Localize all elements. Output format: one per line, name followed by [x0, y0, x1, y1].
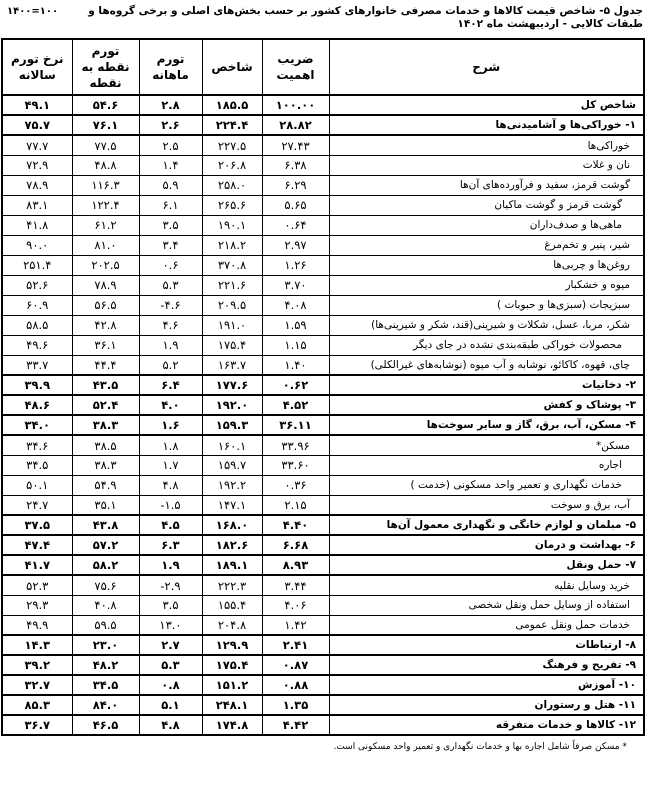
annual-inflation-cell: ۳۴.۶ — [2, 435, 72, 455]
annual-inflation-cell: ۷۷.۷ — [2, 135, 72, 155]
row-label-cell: محصولات خوراکی طبقه‌بندی نشده در جای دیگ… — [329, 335, 644, 355]
header-row: شرح ضریب اهمیت شاخص تورم ماهانه تورم نقط… — [2, 39, 644, 95]
monthly-inflation-cell: ۵.۳ — [139, 275, 202, 295]
annual-inflation-cell: ۱۴.۳ — [2, 635, 72, 655]
annual-inflation-cell: ۴۱.۸ — [2, 215, 72, 235]
monthly-inflation-cell: ۵.۲ — [139, 355, 202, 375]
importance-weight-cell: ۱.۴۰ — [262, 355, 329, 375]
table-row: ۵- مبلمان و لوازم خانگی و نگهداری معمول … — [2, 515, 644, 535]
importance-weight-cell: ۶.۶۸ — [262, 535, 329, 555]
annual-inflation-cell: ۵۲.۶ — [2, 275, 72, 295]
importance-weight-cell: ۰.۳۶ — [262, 475, 329, 495]
annual-inflation-cell: ۹۰.۰ — [2, 235, 72, 255]
row-label-cell: چای، قهوه، کاکائو، نوشابه و آب میوه (نوش… — [329, 355, 644, 375]
table-row: گوشت قرمز، سفید و فرآورده‌های آن‌ها ۶.۲۹… — [2, 175, 644, 195]
point-to-point-cell: ۵۴.۶ — [72, 95, 139, 115]
title-bar: جدول ۵- شاخص قیمت کالاها و خدمات مصرفی خ… — [5, 5, 643, 31]
index-value-cell: ۲۰۶.۸ — [202, 155, 262, 175]
base-index-note: ۱۴۰۰=۱۰۰ — [5, 5, 58, 17]
table-header: شرح ضریب اهمیت شاخص تورم ماهانه تورم نقط… — [2, 39, 644, 95]
index-value-cell: ۲۲۷.۵ — [202, 135, 262, 155]
table-row: نان و غلات ۶.۳۸ ۲۰۶.۸ ۱.۴ ۴۸.۸ ۷۲.۹ — [2, 155, 644, 175]
row-label-cell: ماهی‌ها و صدف‌داران — [329, 215, 644, 235]
header-description: شرح — [329, 39, 644, 95]
index-value-cell: ۲۲۲.۳ — [202, 575, 262, 595]
table-row: ۱۲- کالاها و خدمات متفرقه ۴.۴۲ ۱۷۴.۸ ۴.۸… — [2, 715, 644, 735]
table-row: ۲- دخانیات ۰.۶۲ ۱۷۷.۶ ۶.۴ ۴۳.۵ ۳۹.۹ — [2, 375, 644, 395]
row-label-cell: شیر، پنیر و تخم‌مرغ — [329, 235, 644, 255]
index-value-cell: ۱۵۱.۲ — [202, 675, 262, 695]
table-row: آب، برق و سوخت ۲.۱۵ ۱۴۷.۱ -۱.۵ ۳۵.۱ ۲۴.۷ — [2, 495, 644, 515]
point-to-point-cell: ۴۸.۲ — [72, 655, 139, 675]
table-row: سبزیجات (سبزی‌ها و حبوبات ) ۴.۰۸ ۲۰۹.۵ -… — [2, 295, 644, 315]
row-label-cell: شکر، مربا، عسل، شکلات و شیرینی(قند، شکر … — [329, 315, 644, 335]
monthly-inflation-cell: -۴.۶ — [139, 295, 202, 315]
row-label-cell: گوشت قرمز و گوشت ماکیان — [329, 195, 644, 215]
point-to-point-cell: ۳۸.۳ — [72, 415, 139, 435]
annual-inflation-cell: ۷۵.۷ — [2, 115, 72, 135]
row-label-cell: خدمات حمل ونقل عمومی — [329, 615, 644, 635]
monthly-inflation-cell: ۴.۵ — [139, 515, 202, 535]
annual-inflation-cell: ۳۹.۹ — [2, 375, 72, 395]
monthly-inflation-cell: ۱.۷ — [139, 455, 202, 475]
table-row: محصولات خوراکی طبقه‌بندی نشده در جای دیگ… — [2, 335, 644, 355]
table-row: شاخص کل ۱۰۰.۰۰ ۱۸۵.۵ ۲.۸ ۵۴.۶ ۴۹.۱ — [2, 95, 644, 115]
annual-inflation-cell: ۵۰.۱ — [2, 475, 72, 495]
annual-inflation-cell: ۵۸.۵ — [2, 315, 72, 335]
monthly-inflation-cell: ۲.۶ — [139, 115, 202, 135]
index-value-cell: ۲۰۹.۵ — [202, 295, 262, 315]
annual-inflation-cell: ۳۹.۲ — [2, 655, 72, 675]
table-row: ۶- بهداشت و درمان ۶.۶۸ ۱۸۲.۶ ۶.۳ ۵۷.۲ ۴۷… — [2, 535, 644, 555]
index-value-cell: ۱۵۵.۴ — [202, 595, 262, 615]
importance-weight-cell: ۴.۰۶ — [262, 595, 329, 615]
table-row: گوشت قرمز و گوشت ماکیان ۵.۶۵ ۲۶۵.۶ ۶.۱ ۱… — [2, 195, 644, 215]
row-label-cell: ۴- مسکن، آب، برق، گاز و سایر سوخت‌ها — [329, 415, 644, 435]
monthly-inflation-cell: ۱.۶ — [139, 415, 202, 435]
point-to-point-cell: ۸۴.۰ — [72, 695, 139, 715]
table-row: میوه و خشکبار ۳.۷۰ ۲۲۱.۶ ۵.۳ ۷۸.۹ ۵۲.۶ — [2, 275, 644, 295]
annual-inflation-cell: ۳۴.۰ — [2, 415, 72, 435]
monthly-inflation-cell: ۵.۳ — [139, 655, 202, 675]
importance-weight-cell: ۱.۲۶ — [262, 255, 329, 275]
point-to-point-cell: ۴۶.۵ — [72, 715, 139, 735]
annual-inflation-cell: ۸۵.۳ — [2, 695, 72, 715]
annual-inflation-cell: ۶۰.۹ — [2, 295, 72, 315]
index-value-cell: ۱۷۴.۸ — [202, 715, 262, 735]
row-label-cell: ۸- ارتباطات — [329, 635, 644, 655]
point-to-point-cell: ۱۱۶.۳ — [72, 175, 139, 195]
monthly-inflation-cell: ۴.۸ — [139, 715, 202, 735]
importance-weight-cell: ۱.۵۹ — [262, 315, 329, 335]
row-label-cell: میوه و خشکبار — [329, 275, 644, 295]
importance-weight-cell: ۱۰۰.۰۰ — [262, 95, 329, 115]
monthly-inflation-cell: ۱.۴ — [139, 155, 202, 175]
annual-inflation-cell: ۲۹.۳ — [2, 595, 72, 615]
index-value-cell: ۱۸۹.۱ — [202, 555, 262, 575]
point-to-point-cell: ۷۸.۹ — [72, 275, 139, 295]
table-row: خوراکی‌ها ۲۷.۴۳ ۲۲۷.۵ ۲.۵ ۷۷.۵ ۷۷.۷ — [2, 135, 644, 155]
row-label-cell: روغن‌ها و چربی‌ها — [329, 255, 644, 275]
monthly-inflation-cell: ۲.۵ — [139, 135, 202, 155]
row-label-cell: گوشت قرمز، سفید و فرآورده‌های آن‌ها — [329, 175, 644, 195]
importance-weight-cell: ۶.۲۹ — [262, 175, 329, 195]
importance-weight-cell: ۴.۰۸ — [262, 295, 329, 315]
table-row: ۹- تفریح و فرهنگ ۰.۸۷ ۱۷۵.۴ ۵.۳ ۴۸.۲ ۳۹.… — [2, 655, 644, 675]
index-value-cell: ۲۱۸.۲ — [202, 235, 262, 255]
point-to-point-cell: ۴۴.۴ — [72, 355, 139, 375]
row-label-cell: آب، برق و سوخت — [329, 495, 644, 515]
point-to-point-cell: ۴۸.۸ — [72, 155, 139, 175]
monthly-inflation-cell: ۱۳.۰ — [139, 615, 202, 635]
point-to-point-cell: ۵۷.۲ — [72, 535, 139, 555]
importance-weight-cell: ۴.۴۰ — [262, 515, 329, 535]
point-to-point-cell: ۵۴.۹ — [72, 475, 139, 495]
importance-weight-cell: ۳۳.۹۶ — [262, 435, 329, 455]
header-annual-inflation-rate: نرخ تورم سالانه — [2, 39, 72, 95]
row-label-cell: ۱۱- هتل و رستوران — [329, 695, 644, 715]
row-label-cell: خدمات نگهداری و تعمیر واحد مسکونی (خدمت … — [329, 475, 644, 495]
table-row: استفاده از وسایل حمل ونقل شخصی ۴.۰۶ ۱۵۵.… — [2, 595, 644, 615]
importance-weight-cell: ۳.۴۴ — [262, 575, 329, 595]
point-to-point-cell: ۳۸.۵ — [72, 435, 139, 455]
importance-weight-cell: ۱.۱۵ — [262, 335, 329, 355]
footnote: * مسکن صرفاً شامل اجاره بها و خدمات نگهد… — [3, 742, 627, 752]
row-label-cell: ۷- حمل ونقل — [329, 555, 644, 575]
table-row: روغن‌ها و چربی‌ها ۱.۲۶ ۳۷۰.۸ ۰.۶ ۲۰۲.۵ ۲… — [2, 255, 644, 275]
row-label-cell: استفاده از وسایل حمل ونقل شخصی — [329, 595, 644, 615]
importance-weight-cell: ۴.۵۲ — [262, 395, 329, 415]
row-label-cell: خوراکی‌ها — [329, 135, 644, 155]
index-value-cell: ۱۶۰.۱ — [202, 435, 262, 455]
monthly-inflation-cell: ۱.۹ — [139, 555, 202, 575]
annual-inflation-cell: ۳۶.۷ — [2, 715, 72, 735]
monthly-inflation-cell: ۲.۸ — [139, 95, 202, 115]
point-to-point-cell: ۳۴.۵ — [72, 675, 139, 695]
index-value-cell: ۱۸۵.۵ — [202, 95, 262, 115]
row-label-cell: ۳- پوشاک و کفش — [329, 395, 644, 415]
row-label-cell: ۱- خوراکی‌ها و آشامیدنی‌ها — [329, 115, 644, 135]
importance-weight-cell: ۶.۳۸ — [262, 155, 329, 175]
importance-weight-cell: ۰.۸۸ — [262, 675, 329, 695]
annual-inflation-cell: ۴۸.۶ — [2, 395, 72, 415]
monthly-inflation-cell: ۵.۱ — [139, 695, 202, 715]
annual-inflation-cell: ۳۲.۷ — [2, 675, 72, 695]
point-to-point-cell: ۴۳.۵ — [72, 375, 139, 395]
importance-weight-cell: ۵.۶۵ — [262, 195, 329, 215]
importance-weight-cell: ۱.۴۲ — [262, 615, 329, 635]
monthly-inflation-cell: ۰.۶ — [139, 255, 202, 275]
point-to-point-cell: ۶۱.۲ — [72, 215, 139, 235]
monthly-inflation-cell: ۴.۸ — [139, 475, 202, 495]
importance-weight-cell: ۲۷.۴۳ — [262, 135, 329, 155]
monthly-inflation-cell: ۳.۵ — [139, 595, 202, 615]
importance-weight-cell: ۳.۷۰ — [262, 275, 329, 295]
table-row: مسکن* ۳۳.۹۶ ۱۶۰.۱ ۱.۸ ۳۸.۵ ۳۴.۶ — [2, 435, 644, 455]
header-monthly-inflation: تورم ماهانه — [139, 39, 202, 95]
index-value-cell: ۲۴۸.۱ — [202, 695, 262, 715]
table-row: خرید وسایل نقلیه ۳.۴۴ ۲۲۲.۳ -۲.۹ ۷۵.۶ ۵۲… — [2, 575, 644, 595]
importance-weight-cell: ۳۳.۶۰ — [262, 455, 329, 475]
index-value-cell: ۲۰۴.۸ — [202, 615, 262, 635]
header-importance-weight: ضریب اهمیت — [262, 39, 329, 95]
annual-inflation-cell: ۴۹.۱ — [2, 95, 72, 115]
index-value-cell: ۱۹۱.۰ — [202, 315, 262, 335]
annual-inflation-cell: ۷۲.۹ — [2, 155, 72, 175]
importance-weight-cell: ۲.۱۵ — [262, 495, 329, 515]
index-value-cell: ۱۶۸.۰ — [202, 515, 262, 535]
table-row: ۱- خوراکی‌ها و آشامیدنی‌ها ۲۸.۸۲ ۲۲۴.۴ ۲… — [2, 115, 644, 135]
monthly-inflation-cell: ۴.۶ — [139, 315, 202, 335]
point-to-point-cell: ۸۱.۰ — [72, 235, 139, 255]
importance-weight-cell: ۰.۶۲ — [262, 375, 329, 395]
index-value-cell: ۱۷۵.۴ — [202, 335, 262, 355]
index-value-cell: ۱۶۳.۷ — [202, 355, 262, 375]
point-to-point-cell: ۲۳.۰ — [72, 635, 139, 655]
index-value-cell: ۱۹۲.۰ — [202, 395, 262, 415]
table-row: ۱۰- آموزش ۰.۸۸ ۱۵۱.۲ ۰.۸ ۳۴.۵ ۳۲.۷ — [2, 675, 644, 695]
importance-weight-cell: ۱.۳۵ — [262, 695, 329, 715]
index-value-cell: ۱۵۹.۷ — [202, 455, 262, 475]
page-title: جدول ۵- شاخص قیمت کالاها و خدمات مصرفی خ… — [58, 5, 643, 31]
point-to-point-cell: ۴۳.۸ — [72, 515, 139, 535]
importance-weight-cell: ۲.۴۱ — [262, 635, 329, 655]
monthly-inflation-cell: ۵.۹ — [139, 175, 202, 195]
annual-inflation-cell: ۷۸.۹ — [2, 175, 72, 195]
monthly-inflation-cell: ۶.۱ — [139, 195, 202, 215]
point-to-point-cell: ۳۶.۱ — [72, 335, 139, 355]
table-row: شیر، پنیر و تخم‌مرغ ۲.۹۷ ۲۱۸.۲ ۳.۴ ۸۱.۰ … — [2, 235, 644, 255]
point-to-point-cell: ۵۲.۴ — [72, 395, 139, 415]
header-index: شاخص — [202, 39, 262, 95]
monthly-inflation-cell: ۴.۰ — [139, 395, 202, 415]
table-row: شکر، مربا، عسل، شکلات و شیرینی(قند، شکر … — [2, 315, 644, 335]
row-label-cell: ۵- مبلمان و لوازم خانگی و نگهداری معمول … — [329, 515, 644, 535]
index-value-cell: ۱۲۹.۹ — [202, 635, 262, 655]
importance-weight-cell: ۰.۶۴ — [262, 215, 329, 235]
monthly-inflation-cell: ۳.۵ — [139, 215, 202, 235]
index-value-cell: ۱۵۹.۳ — [202, 415, 262, 435]
annual-inflation-cell: ۴۱.۷ — [2, 555, 72, 575]
row-label-cell: ۶- بهداشت و درمان — [329, 535, 644, 555]
point-to-point-cell: ۴۲.۸ — [72, 315, 139, 335]
row-label-cell: اجاره — [329, 455, 644, 475]
cpi-table: شرح ضریب اهمیت شاخص تورم ماهانه تورم نقط… — [1, 38, 645, 736]
index-value-cell: ۱۷۷.۶ — [202, 375, 262, 395]
annual-inflation-cell: ۲۵۱.۴ — [2, 255, 72, 275]
monthly-inflation-cell: ۶.۴ — [139, 375, 202, 395]
point-to-point-cell: ۱۲۲.۴ — [72, 195, 139, 215]
importance-weight-cell: ۳۶.۱۱ — [262, 415, 329, 435]
index-value-cell: ۲۲۴.۴ — [202, 115, 262, 135]
row-label-cell: نان و غلات — [329, 155, 644, 175]
index-value-cell: ۳۷۰.۸ — [202, 255, 262, 275]
monthly-inflation-cell: ۰.۸ — [139, 675, 202, 695]
annual-inflation-cell: ۳۷.۵ — [2, 515, 72, 535]
monthly-inflation-cell: ۶.۳ — [139, 535, 202, 555]
monthly-inflation-cell: ۱.۹ — [139, 335, 202, 355]
monthly-inflation-cell: ۲.۷ — [139, 635, 202, 655]
monthly-inflation-cell: ۱.۸ — [139, 435, 202, 455]
annual-inflation-cell: ۵۲.۳ — [2, 575, 72, 595]
monthly-inflation-cell: -۱.۵ — [139, 495, 202, 515]
table-row: ۳- پوشاک و کفش ۴.۵۲ ۱۹۲.۰ ۴.۰ ۵۲.۴ ۴۸.۶ — [2, 395, 644, 415]
row-label-cell: ۱۲- کالاها و خدمات متفرقه — [329, 715, 644, 735]
importance-weight-cell: ۸.۹۳ — [262, 555, 329, 575]
row-label-cell: ۱۰- آموزش — [329, 675, 644, 695]
importance-weight-cell: ۰.۸۷ — [262, 655, 329, 675]
point-to-point-cell: ۳۵.۱ — [72, 495, 139, 515]
table-row: خدمات نگهداری و تعمیر واحد مسکونی (خدمت … — [2, 475, 644, 495]
annual-inflation-cell: ۳۳.۷ — [2, 355, 72, 375]
point-to-point-cell: ۵۶.۵ — [72, 295, 139, 315]
index-value-cell: ۲۵۸.۰ — [202, 175, 262, 195]
monthly-inflation-cell: ۳.۴ — [139, 235, 202, 255]
annual-inflation-cell: ۴۹.۶ — [2, 335, 72, 355]
table-row: خدمات حمل ونقل عمومی ۱.۴۲ ۲۰۴.۸ ۱۳.۰ ۵۹.… — [2, 615, 644, 635]
header-point-to-point-inflation: تورم نقطه به نقطه — [72, 39, 139, 95]
annual-inflation-cell: ۴۹.۹ — [2, 615, 72, 635]
index-value-cell: ۱۹۰.۱ — [202, 215, 262, 235]
row-label-cell: سبزیجات (سبزی‌ها و حبوبات ) — [329, 295, 644, 315]
row-label-cell: خرید وسایل نقلیه — [329, 575, 644, 595]
table-row: ۷- حمل ونقل ۸.۹۳ ۱۸۹.۱ ۱.۹ ۵۸.۲ ۴۱.۷ — [2, 555, 644, 575]
table-row: ۸- ارتباطات ۲.۴۱ ۱۲۹.۹ ۲.۷ ۲۳.۰ ۱۴.۳ — [2, 635, 644, 655]
table-row: ۱۱- هتل و رستوران ۱.۳۵ ۲۴۸.۱ ۵.۱ ۸۴.۰ ۸۵… — [2, 695, 644, 715]
index-value-cell: ۱۷۵.۴ — [202, 655, 262, 675]
importance-weight-cell: ۲.۹۷ — [262, 235, 329, 255]
index-value-cell: ۲۲۱.۶ — [202, 275, 262, 295]
importance-weight-cell: ۲۸.۸۲ — [262, 115, 329, 135]
row-label-cell: شاخص کل — [329, 95, 644, 115]
monthly-inflation-cell: -۲.۹ — [139, 575, 202, 595]
table-row: ماهی‌ها و صدف‌داران ۰.۶۴ ۱۹۰.۱ ۳.۵ ۶۱.۲ … — [2, 215, 644, 235]
point-to-point-cell: ۷۶.۱ — [72, 115, 139, 135]
index-value-cell: ۲۶۵.۶ — [202, 195, 262, 215]
index-value-cell: ۱۹۲.۲ — [202, 475, 262, 495]
row-label-cell: ۲- دخانیات — [329, 375, 644, 395]
annual-inflation-cell: ۸۳.۱ — [2, 195, 72, 215]
index-value-cell: ۱۸۲.۶ — [202, 535, 262, 555]
row-label-cell: مسکن* — [329, 435, 644, 455]
point-to-point-cell: ۴۰.۸ — [72, 595, 139, 615]
table-row: ۴- مسکن، آب، برق، گاز و سایر سوخت‌ها ۳۶.… — [2, 415, 644, 435]
annual-inflation-cell: ۲۴.۷ — [2, 495, 72, 515]
point-to-point-cell: ۵۹.۵ — [72, 615, 139, 635]
annual-inflation-cell: ۳۴.۵ — [2, 455, 72, 475]
point-to-point-cell: ۳۸.۳ — [72, 455, 139, 475]
importance-weight-cell: ۴.۴۲ — [262, 715, 329, 735]
table-body: شاخص کل ۱۰۰.۰۰ ۱۸۵.۵ ۲.۸ ۵۴.۶ ۴۹.۱ ۱- خو… — [2, 95, 644, 735]
point-to-point-cell: ۷۷.۵ — [72, 135, 139, 155]
row-label-cell: ۹- تفریح و فرهنگ — [329, 655, 644, 675]
point-to-point-cell: ۵۸.۲ — [72, 555, 139, 575]
point-to-point-cell: ۲۰۲.۵ — [72, 255, 139, 275]
table-row: چای، قهوه، کاکائو، نوشابه و آب میوه (نوش… — [2, 355, 644, 375]
table-row: اجاره ۳۳.۶۰ ۱۵۹.۷ ۱.۷ ۳۸.۳ ۳۴.۵ — [2, 455, 644, 475]
annual-inflation-cell: ۴۷.۴ — [2, 535, 72, 555]
document-page: جدول ۵- شاخص قیمت کالاها و خدمات مصرفی خ… — [0, 0, 648, 752]
point-to-point-cell: ۷۵.۶ — [72, 575, 139, 595]
index-value-cell: ۱۴۷.۱ — [202, 495, 262, 515]
